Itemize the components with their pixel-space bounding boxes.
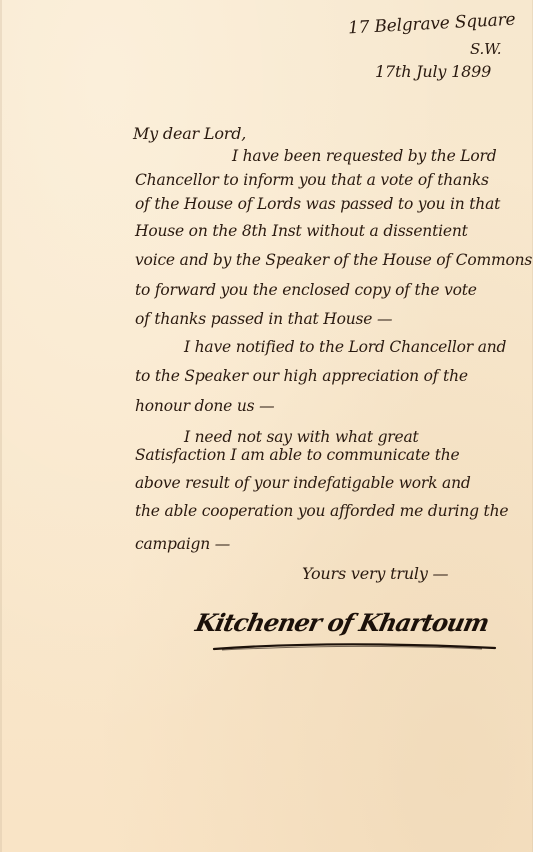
body-line: of thanks passed in that House — [135, 310, 392, 328]
body-line: above result of your indefatigable work … [135, 474, 471, 492]
signature-underline-flourish [212, 640, 497, 652]
body-line: to the Speaker our high appreciation of … [135, 367, 468, 385]
salutation: My dear Lord, [133, 124, 246, 143]
address-line-1: 17 Belgrave Square [348, 10, 516, 39]
letter-date: 17th July 1899 [375, 62, 491, 81]
signature: Kitchener of Khartoum [193, 608, 491, 637]
letter-page: 17 Belgrave Square S.W. 17th July 1899 M… [0, 0, 533, 852]
body-line: I have been requested by the Lord [232, 147, 496, 165]
body-line: honour done us — [135, 397, 274, 415]
body-line: Chancellor to inform you that a vote of … [135, 171, 489, 189]
closing: Yours very truly — [302, 564, 448, 583]
body-line: of the House of Lords was passed to you … [135, 195, 500, 213]
body-line: voice and by the Speaker of the House of… [135, 251, 532, 269]
address-line-2: S.W. [470, 40, 501, 58]
body-line: I need not say with what great [184, 428, 419, 446]
body-line: Satisfaction I am able to communicate th… [135, 446, 459, 464]
body-line: to forward you the enclosed copy of the … [135, 281, 477, 299]
body-line: House on the 8th Inst without a dissenti… [135, 222, 468, 240]
body-line: I have notified to the Lord Chancellor a… [184, 338, 506, 356]
body-line: campaign — [135, 535, 230, 553]
body-line: the able cooperation you afforded me dur… [135, 502, 508, 520]
